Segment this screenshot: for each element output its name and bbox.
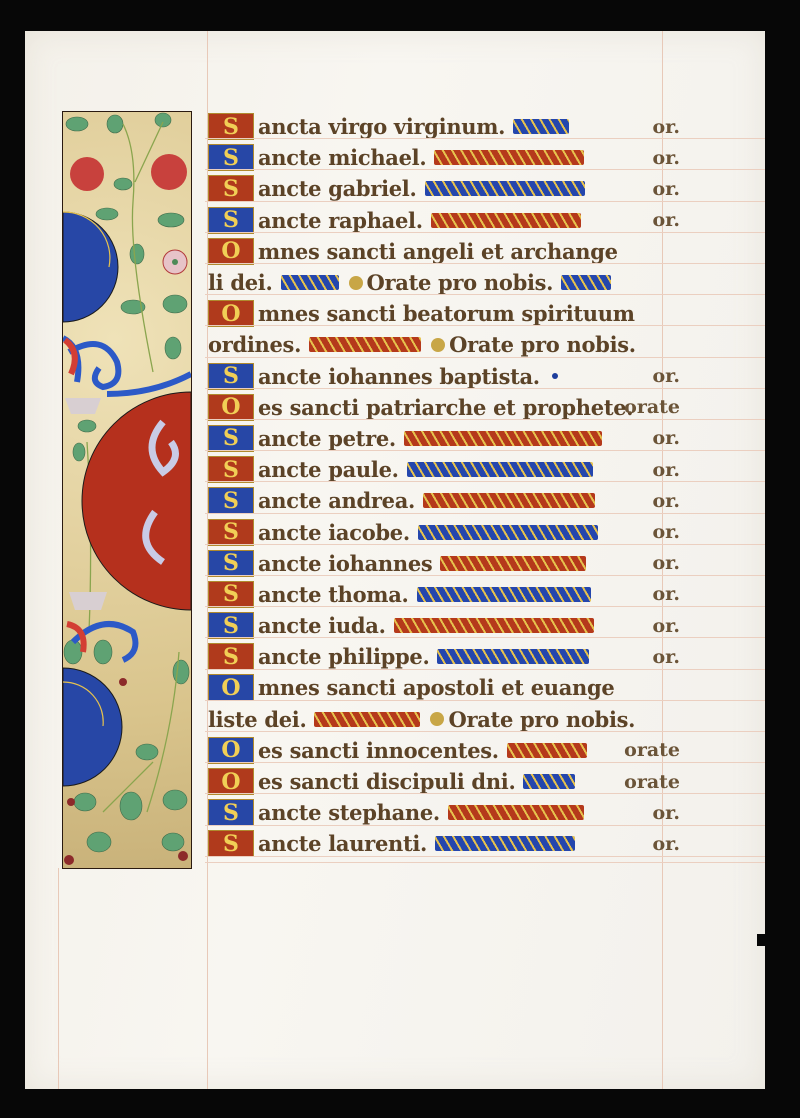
ruling-line-margin xyxy=(58,868,59,1089)
decorated-initial: S xyxy=(208,456,254,483)
line-filler-ornament xyxy=(513,119,569,134)
ruling-line xyxy=(205,700,765,701)
response-suffix: or. xyxy=(652,116,680,138)
decorated-initial: O xyxy=(208,737,254,764)
ruling-line xyxy=(205,169,765,170)
response-suffix: or. xyxy=(652,427,680,449)
ruling-line xyxy=(205,606,765,607)
decorated-initial: S xyxy=(208,144,254,171)
line-filler-ornament xyxy=(507,743,587,758)
decorated-initial: S xyxy=(208,581,254,608)
ruling-line xyxy=(205,637,765,638)
line-text: li dei. xyxy=(208,270,273,295)
response-suffix: or. xyxy=(652,833,680,855)
response-suffix: or. xyxy=(652,646,680,668)
ruling-line xyxy=(205,669,765,670)
line-filler-ornament xyxy=(440,556,586,571)
line-filler-ornament xyxy=(448,805,584,820)
ruling-line xyxy=(205,856,765,857)
line-filler-ornament xyxy=(425,181,585,196)
ruling-line xyxy=(205,201,765,202)
line-filler-ornament xyxy=(561,275,611,290)
line-filler-ornament xyxy=(417,587,591,602)
line-text: mnes sancti beatorum spirituum xyxy=(258,301,635,326)
ruling-line xyxy=(205,575,765,576)
decorated-initial: O xyxy=(208,768,254,795)
ruling-line xyxy=(205,481,765,482)
ruling-line xyxy=(205,294,765,295)
ruling-line xyxy=(205,825,765,826)
line-text: ancte petre. xyxy=(258,426,396,451)
decorated-initial: S xyxy=(208,643,254,670)
gold-initial-o-icon xyxy=(430,712,444,726)
line-text: es sancti discipuli dni. xyxy=(258,769,515,794)
decorated-initial: S xyxy=(208,175,254,202)
line-text: ancte iohannes xyxy=(258,551,432,576)
response-suffix: or. xyxy=(652,490,680,512)
response-suffix: orate xyxy=(624,396,680,418)
ruling-line xyxy=(205,419,765,420)
line-text: ordines. xyxy=(208,332,301,357)
response-suffix: or. xyxy=(652,459,680,481)
ruling-line xyxy=(205,388,765,389)
blue-dot-icon xyxy=(552,373,558,379)
response-suffix: or. xyxy=(652,583,680,605)
line-text: ancte raphael. xyxy=(258,208,423,233)
line-filler-ornament xyxy=(394,618,594,633)
line-text: ancte iohannes baptista. xyxy=(258,364,540,389)
decorated-initial: S xyxy=(208,363,254,390)
line-filler-ornament xyxy=(437,649,589,664)
line-text: ancte iacobe. xyxy=(258,520,410,545)
decorated-initial: S xyxy=(208,830,254,857)
line-text: es sancti patriarche et prophete. xyxy=(258,395,633,420)
orate-text: Orate pro nobis. xyxy=(449,332,636,357)
line-text: es sancti innocentes. xyxy=(258,738,499,763)
ruling-line xyxy=(205,793,765,794)
ruling-line xyxy=(205,513,765,514)
line-filler-ornament xyxy=(431,213,581,228)
line-filler-ornament xyxy=(434,150,584,165)
line-text: ancte iuda. xyxy=(258,613,386,638)
line-text: ancte michael. xyxy=(258,145,426,170)
line-text: ancte stephane. xyxy=(258,800,440,825)
line-filler-ornament xyxy=(281,275,339,290)
ruling-line xyxy=(205,731,765,732)
decorated-initial: S xyxy=(208,487,254,514)
litany-text-block: Sancta virgo virginum.or.Sancte michael.… xyxy=(208,111,678,860)
line-text: ancte thoma. xyxy=(258,582,409,607)
line-text: ancte philippe. xyxy=(258,644,429,669)
illuminated-border xyxy=(62,111,192,869)
response-suffix: or. xyxy=(652,209,680,231)
line-text: ancte gabriel. xyxy=(258,176,417,201)
gold-initial-o-icon xyxy=(349,276,363,290)
response-suffix: or. xyxy=(652,147,680,169)
response-suffix: or. xyxy=(652,521,680,543)
line-text: liste dei. xyxy=(208,707,306,732)
line-filler-ornament xyxy=(407,462,593,477)
line-filler-ornament xyxy=(404,431,602,446)
response-suffix: or. xyxy=(652,552,680,574)
ruling-line xyxy=(205,762,765,763)
decorated-initial: O xyxy=(208,238,254,265)
line-text: ancta virgo virginum. xyxy=(258,114,505,139)
decorated-initial: S xyxy=(208,113,254,140)
page-edge-notch xyxy=(757,934,767,946)
decorated-initial: S xyxy=(208,550,254,577)
line-filler-ornament xyxy=(309,337,421,352)
line-text: mnes sancti angeli et archange xyxy=(258,239,618,264)
decorated-initial: S xyxy=(208,519,254,546)
decorated-initial: S xyxy=(208,425,254,452)
ruling-line-bottom xyxy=(205,862,765,863)
line-filler-ornament xyxy=(314,712,420,727)
ruling-line xyxy=(205,357,765,358)
response-suffix: or. xyxy=(652,615,680,637)
decorated-initial: O xyxy=(208,674,254,701)
gold-initial-o-icon xyxy=(431,338,445,352)
ruling-line xyxy=(205,544,765,545)
decorated-initial: O xyxy=(208,300,254,327)
response-suffix: orate xyxy=(624,739,680,761)
response-suffix: orate xyxy=(624,771,680,793)
response-suffix: or. xyxy=(652,802,680,824)
ruling-line xyxy=(205,138,765,139)
line-filler-ornament xyxy=(523,774,575,789)
response-suffix: or. xyxy=(652,178,680,200)
floral-border-icon xyxy=(63,112,191,868)
decorated-initial: S xyxy=(208,207,254,234)
ruling-line xyxy=(205,325,765,326)
line-filler-ornament xyxy=(423,493,595,508)
ruling-line xyxy=(205,263,765,264)
orate-text: Orate pro nobis. xyxy=(367,270,554,295)
orate-text: Orate pro nobis. xyxy=(448,707,635,732)
line-text: ancte laurenti. xyxy=(258,831,427,856)
ruling-line xyxy=(205,450,765,451)
response-suffix: or. xyxy=(652,365,680,387)
decorated-initial: O xyxy=(208,394,254,421)
decorated-initial: S xyxy=(208,612,254,639)
line-text: mnes sancti apostoli et euange xyxy=(258,675,614,700)
line-text: ancte paule. xyxy=(258,457,399,482)
ruling-line xyxy=(205,232,765,233)
line-filler-ornament xyxy=(435,836,575,851)
decorated-initial: S xyxy=(208,799,254,826)
line-text: ancte andrea. xyxy=(258,488,415,513)
line-filler-ornament xyxy=(418,525,598,540)
